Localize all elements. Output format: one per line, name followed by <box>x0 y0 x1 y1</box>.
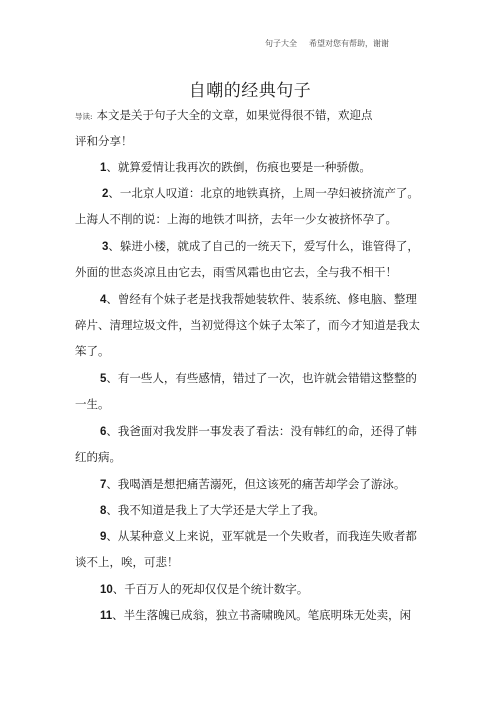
list-item-6: 6、我爸面对我发胖一事发表了看法：没有韩红的命，还得了韩 <box>100 424 417 439</box>
list-item-4-continuation-1: 碎片、清理垃圾文件，当初觉得这个妹子太笨了，而今才知道是我太 <box>75 318 420 332</box>
list-item-10: 10、千百万人的死却仅仅是个统计数字。 <box>100 582 308 597</box>
list-item-8: 8、我不知道是我上了大学还是大学上了我。 <box>100 503 325 518</box>
header-thanks-note: 希望对您有帮助，谢谢 <box>309 39 389 48</box>
list-item-5-continuation: 一生。 <box>75 397 110 411</box>
list-item-4: 4、曾经有个妹子老是找我帮她装软件、装系统、修电脑、整理 <box>100 292 417 307</box>
list-item-2-continuation: 上海人不削的说：上海的地铁才叫挤，去年一少女被挤怀孕了。 <box>75 212 397 226</box>
header-site-name: 句子大全 <box>265 39 297 48</box>
lead-paragraph-line-2: 评和分享！ <box>75 134 133 148</box>
list-item-3-continuation: 外面的世态炎凉且由它去，雨雪风霜也由它去，全与我不相干！ <box>75 265 397 279</box>
list-item-7: 7、我喝酒是想把痛苦溺死，但这该死的痛苦却学会了游泳。 <box>100 477 405 492</box>
list-item-1: 1、就算爱情让我再次的跌倒，伤痕也要是一种骄傲。 <box>100 160 371 175</box>
document-title: 自嘲的经典句子 <box>0 76 500 101</box>
list-item-9: 9、从某种意义上来说，亚军就是一个失败者，而我连失败者都 <box>100 529 417 544</box>
page-header-note: 句子大全希望对您有帮助，谢谢 <box>265 38 401 49</box>
list-item-3: 3、躲进小楼，就成了自己的一统天下，爱写什么，谁管得了， <box>102 239 419 254</box>
list-item-11: 11、半生落魄已成翁，独立书斋啸晚风。笔底明珠无处卖，闲 <box>100 608 411 623</box>
list-item-5: 5、有一些人，有些感情，错过了一次，也许就会错错这整整的 <box>100 371 417 386</box>
list-item-4-continuation-2: 笨了。 <box>75 344 110 358</box>
lead-label: 导读: <box>75 112 93 121</box>
list-item-2: 2、一北京人叹道：北京的地铁真挤，上周一孕妇被挤流产了。 <box>102 186 419 201</box>
lead-paragraph-line-1: 导读:本文是关于句子大全的文章，如果觉得很不错，欢迎点 <box>75 108 373 124</box>
list-item-6-continuation: 红的病。 <box>75 450 121 464</box>
list-item-9-continuation: 谈不上，唉，可悲！ <box>75 555 179 569</box>
